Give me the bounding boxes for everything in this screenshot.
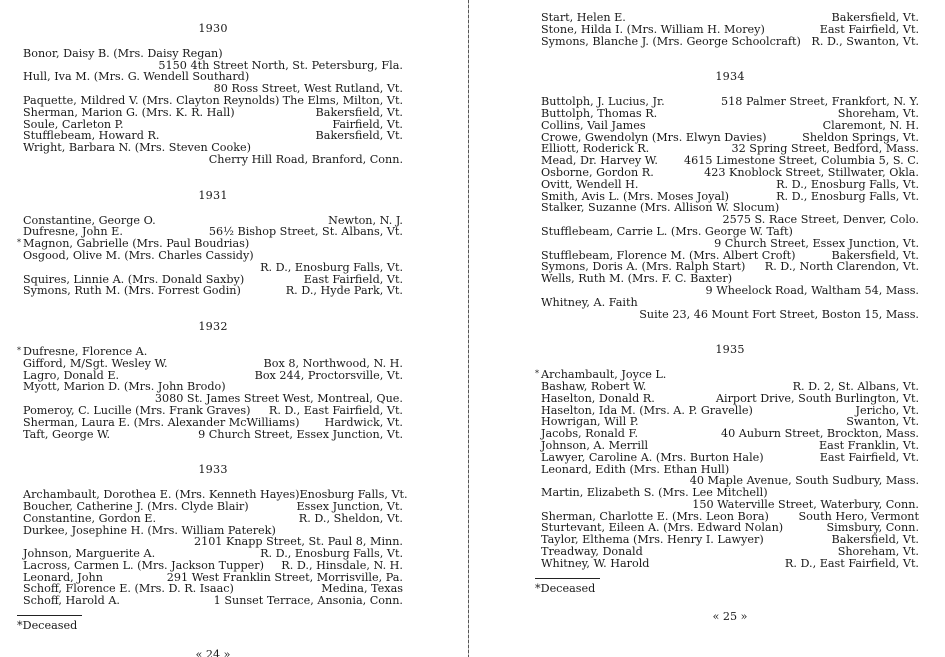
alumni-address: Shoreham, Vt. xyxy=(838,108,919,120)
alumni-address: R. D., Swanton, Vt. xyxy=(811,36,919,48)
alumni-name-text: Leonard, Edith (Mrs. Ethan Hull) xyxy=(541,463,729,476)
class-year-heading: 1935 xyxy=(541,344,919,356)
alumni-name: Martin, Elizabeth S. (Mrs. Lee Mitchell) xyxy=(541,487,768,499)
alumni-address: R. D., Hyde Park, Vt. xyxy=(286,285,403,297)
entry-row: Bonor, Daisy B. (Mrs. Daisy Regan) xyxy=(23,48,403,60)
class-year-heading: 1933 xyxy=(23,464,403,476)
class-year-section: 1932*Dufresne, Florence A.Gifford, M/Sgt… xyxy=(23,321,403,440)
alumni-name-text: Taft, George W. xyxy=(23,428,110,441)
alumni-name: Hull, Iva M. (Mrs. G. Wendell Southard) xyxy=(23,71,249,83)
alumni-address: R. D., Enosburg Falls, Vt. xyxy=(776,179,919,191)
alumni-address: The Elms, Milton, Vt. xyxy=(283,95,403,107)
alumni-address: 1 Sunset Terrace, Ansonia, Conn. xyxy=(214,595,403,607)
class-year-heading: 1934 xyxy=(541,71,919,83)
page-number: « 24 » xyxy=(23,649,403,657)
alumni-address: East Fairfield, Vt. xyxy=(820,452,919,464)
entry-row: Symons, Ruth M. (Mrs. Forrest Godin)R. D… xyxy=(23,285,403,297)
alumni-name: Symons, Blanche J. (Mrs. George Schoolcr… xyxy=(541,36,801,48)
directory-entry: Wright, Barbara N. (Mrs. Steven Cooke)Ch… xyxy=(23,142,403,166)
deceased-marker: * xyxy=(535,368,539,380)
alumni-address: R. D., East Fairfield, Vt. xyxy=(785,558,919,570)
deceased-marker: * xyxy=(17,237,21,249)
alumni-name: Whitney, W. Harold xyxy=(541,558,649,570)
directory-entry: Myott, Marion D. (Mrs. John Brodo)3080 S… xyxy=(23,381,403,405)
alumni-address: East Fairfield, Vt. xyxy=(820,24,919,36)
class-year-heading: 1932 xyxy=(23,321,403,333)
alumni-name-text: Bonor, Daisy B. (Mrs. Daisy Regan) xyxy=(23,47,223,60)
alumni-name-text: Symons, Blanche J. (Mrs. George Schoolcr… xyxy=(541,35,801,48)
directory-entry: Whitney, W. HaroldR. D., East Fairfield,… xyxy=(541,558,919,570)
alumni-name-text: Durkee, Josephine H. (Mrs. William Pater… xyxy=(23,524,276,537)
alumni-address: R. D. 2, St. Albans, Vt. xyxy=(793,381,919,393)
alumni-name-text: Myott, Marion D. (Mrs. John Brodo) xyxy=(23,380,226,393)
alumni-address: Suite 23, 46 Mount Fort Street, Boston 1… xyxy=(541,309,919,321)
entry-row: Taft, George W.9 Church Street, Essex Ju… xyxy=(23,429,403,441)
alumni-address: Box 244, Proctorsville, Vt. xyxy=(255,370,403,382)
alumni-name: Stufflebeam, Carrie L. (Mrs. George W. T… xyxy=(541,226,793,238)
alumni-name-text: Osgood, Olive M. (Mrs. Charles Cassidy) xyxy=(23,249,254,262)
class-year-heading: 1930 xyxy=(23,23,403,35)
alumni-name: Stalker, Suzanne (Mrs. Allison W. Slocum… xyxy=(541,202,779,214)
alumni-name: Bonor, Daisy B. (Mrs. Daisy Regan) xyxy=(23,48,223,60)
footnote-rule xyxy=(535,578,600,579)
directory-entry: Wells, Ruth M. (Mrs. F. C. Baxter)9 Whee… xyxy=(541,273,919,297)
directory-entry: Osgood, Olive M. (Mrs. Charles Cassidy)R… xyxy=(23,250,403,274)
directory-entry: Symons, Ruth M. (Mrs. Forrest Godin)R. D… xyxy=(23,285,403,297)
class-year-section: 1934Buttolph, J. Lucius, Jr.518 Palmer S… xyxy=(541,71,919,320)
alumni-address: 9 Church Street, Essex Junction, Vt. xyxy=(198,429,403,441)
directory-entry: Stalker, Suzanne (Mrs. Allison W. Slocum… xyxy=(541,202,919,226)
alumni-address: Box 8, Northwood, N. H. xyxy=(264,358,403,370)
alumni-address: Claremont, N. H. xyxy=(823,120,919,132)
right-page-content: Start, Helen E.Bakersfield, Vt.Stone, Hi… xyxy=(541,12,919,623)
alumni-name: Wright, Barbara N. (Mrs. Steven Cooke) xyxy=(23,142,251,154)
alumni-name-text: Stalker, Suzanne (Mrs. Allison W. Slocum… xyxy=(541,201,779,214)
alumni-name-text: Wright, Barbara N. (Mrs. Steven Cooke) xyxy=(23,141,251,154)
entry-row: Schoff, Harold A.1 Sunset Terrace, Anson… xyxy=(23,595,403,607)
entry-row: Symons, Blanche J. (Mrs. George Schoolcr… xyxy=(541,36,919,48)
alumni-address: East Franklin, Vt. xyxy=(819,440,919,452)
left-page-content: 1930Bonor, Daisy B. (Mrs. Daisy Regan)51… xyxy=(23,14,403,657)
class-year-section: 1930Bonor, Daisy B. (Mrs. Daisy Regan)51… xyxy=(23,23,403,166)
alumni-name-text: Symons, Ruth M. (Mrs. Forrest Godin) xyxy=(23,284,241,297)
alumni-name: Symons, Ruth M. (Mrs. Forrest Godin) xyxy=(23,285,241,297)
directory-entry: Martin, Elizabeth S. (Mrs. Lee Mitchell)… xyxy=(541,487,919,511)
alumni-name-text: Hull, Iva M. (Mrs. G. Wendell Southard) xyxy=(23,70,249,83)
directory-entry: Leonard, Edith (Mrs. Ethan Hull)40 Maple… xyxy=(541,464,919,488)
alumni-address: R. D., Hinsdale, N. H. xyxy=(281,560,403,572)
alumni-address: Bakersfield, Vt. xyxy=(316,130,403,142)
left-page: 1930Bonor, Daisy B. (Mrs. Daisy Regan)51… xyxy=(0,0,468,657)
alumni-address: 423 Knoblock Street, Stillwater, Okla. xyxy=(704,167,919,179)
alumni-name: Myott, Marion D. (Mrs. John Brodo) xyxy=(23,381,226,393)
footnote-rule xyxy=(17,615,82,616)
class-year-section: 1935*Archambault, Joyce L.Bashaw, Robert… xyxy=(541,344,919,569)
class-year-heading: 1931 xyxy=(23,190,403,202)
entry-row: Stufflebeam, Carrie L. (Mrs. George W. T… xyxy=(541,226,919,238)
entry-row: Whitney, W. HaroldR. D., East Fairfield,… xyxy=(541,558,919,570)
alumni-address: R. D., Sheldon, Vt. xyxy=(299,513,403,525)
alumni-address: Bakersfield, Vt. xyxy=(316,107,403,119)
directory-entry: Schoff, Harold A.1 Sunset Terrace, Anson… xyxy=(23,595,403,607)
alumni-address: Hardwick, Vt. xyxy=(325,417,403,429)
entry-row: Osgood, Olive M. (Mrs. Charles Cassidy) xyxy=(23,250,403,262)
class-year-section: 1933Archambault, Dorothea E. (Mrs. Kenne… xyxy=(23,464,403,607)
directory-entry: Whitney, A. FaithSuite 23, 46 Mount Fort… xyxy=(541,297,919,321)
alumni-name: Schoff, Harold A. xyxy=(23,595,120,607)
alumni-name-text: Schoff, Harold A. xyxy=(23,594,120,607)
directory-entry: Hull, Iva M. (Mrs. G. Wendell Southard)8… xyxy=(23,71,403,95)
page-number: « 25 » xyxy=(541,611,919,623)
alumni-address: R. D., Enosburg Falls, Vt. xyxy=(776,191,919,203)
alumni-name-text: Stufflebeam, Carrie L. (Mrs. George W. T… xyxy=(541,225,793,238)
continued-entries: Start, Helen E.Bakersfield, Vt.Stone, Hi… xyxy=(541,12,919,47)
alumni-name: Taft, George W. xyxy=(23,429,110,441)
alumni-name: Wells, Ruth M. (Mrs. F. C. Baxter) xyxy=(541,273,732,285)
footnote-deceased: *Deceased xyxy=(17,620,403,632)
alumni-name-text: Martin, Elizabeth S. (Mrs. Lee Mitchell) xyxy=(541,486,768,499)
footnote-deceased: *Deceased xyxy=(535,583,919,595)
deceased-marker: * xyxy=(17,345,21,357)
alumni-name: Osgood, Olive M. (Mrs. Charles Cassidy) xyxy=(23,250,254,262)
entry-row: Whitney, A. Faith xyxy=(541,297,919,309)
alumni-name-text: Whitney, W. Harold xyxy=(541,557,649,570)
alumni-name: Whitney, A. Faith xyxy=(541,297,638,309)
alumni-address: Essex Junction, Vt. xyxy=(296,501,403,513)
alumni-name-text: Wells, Ruth M. (Mrs. F. C. Baxter) xyxy=(541,272,732,285)
right-page: Start, Helen E.Bakersfield, Vt.Stone, Hi… xyxy=(469,0,945,657)
alumni-address: Cherry Hill Road, Branford, Conn. xyxy=(23,154,403,166)
alumni-name: Leonard, Edith (Mrs. Ethan Hull) xyxy=(541,464,729,476)
alumni-name-text: Whitney, A. Faith xyxy=(541,296,638,309)
alumni-address: R. D., North Clarendon, Vt. xyxy=(765,261,919,273)
directory-entry: Stufflebeam, Carrie L. (Mrs. George W. T… xyxy=(541,226,919,250)
class-year-section: 1931Constantine, George O.Newton, N. J.D… xyxy=(23,190,403,297)
directory-entry: Symons, Blanche J. (Mrs. George Schoolcr… xyxy=(541,36,919,48)
directory-entry: Taft, George W.9 Church Street, Essex Ju… xyxy=(23,429,403,441)
directory-entry: Durkee, Josephine H. (Mrs. William Pater… xyxy=(23,525,403,549)
directory-entry: Bonor, Daisy B. (Mrs. Daisy Regan)5150 4… xyxy=(23,48,403,72)
alumni-name: Durkee, Josephine H. (Mrs. William Pater… xyxy=(23,525,276,537)
